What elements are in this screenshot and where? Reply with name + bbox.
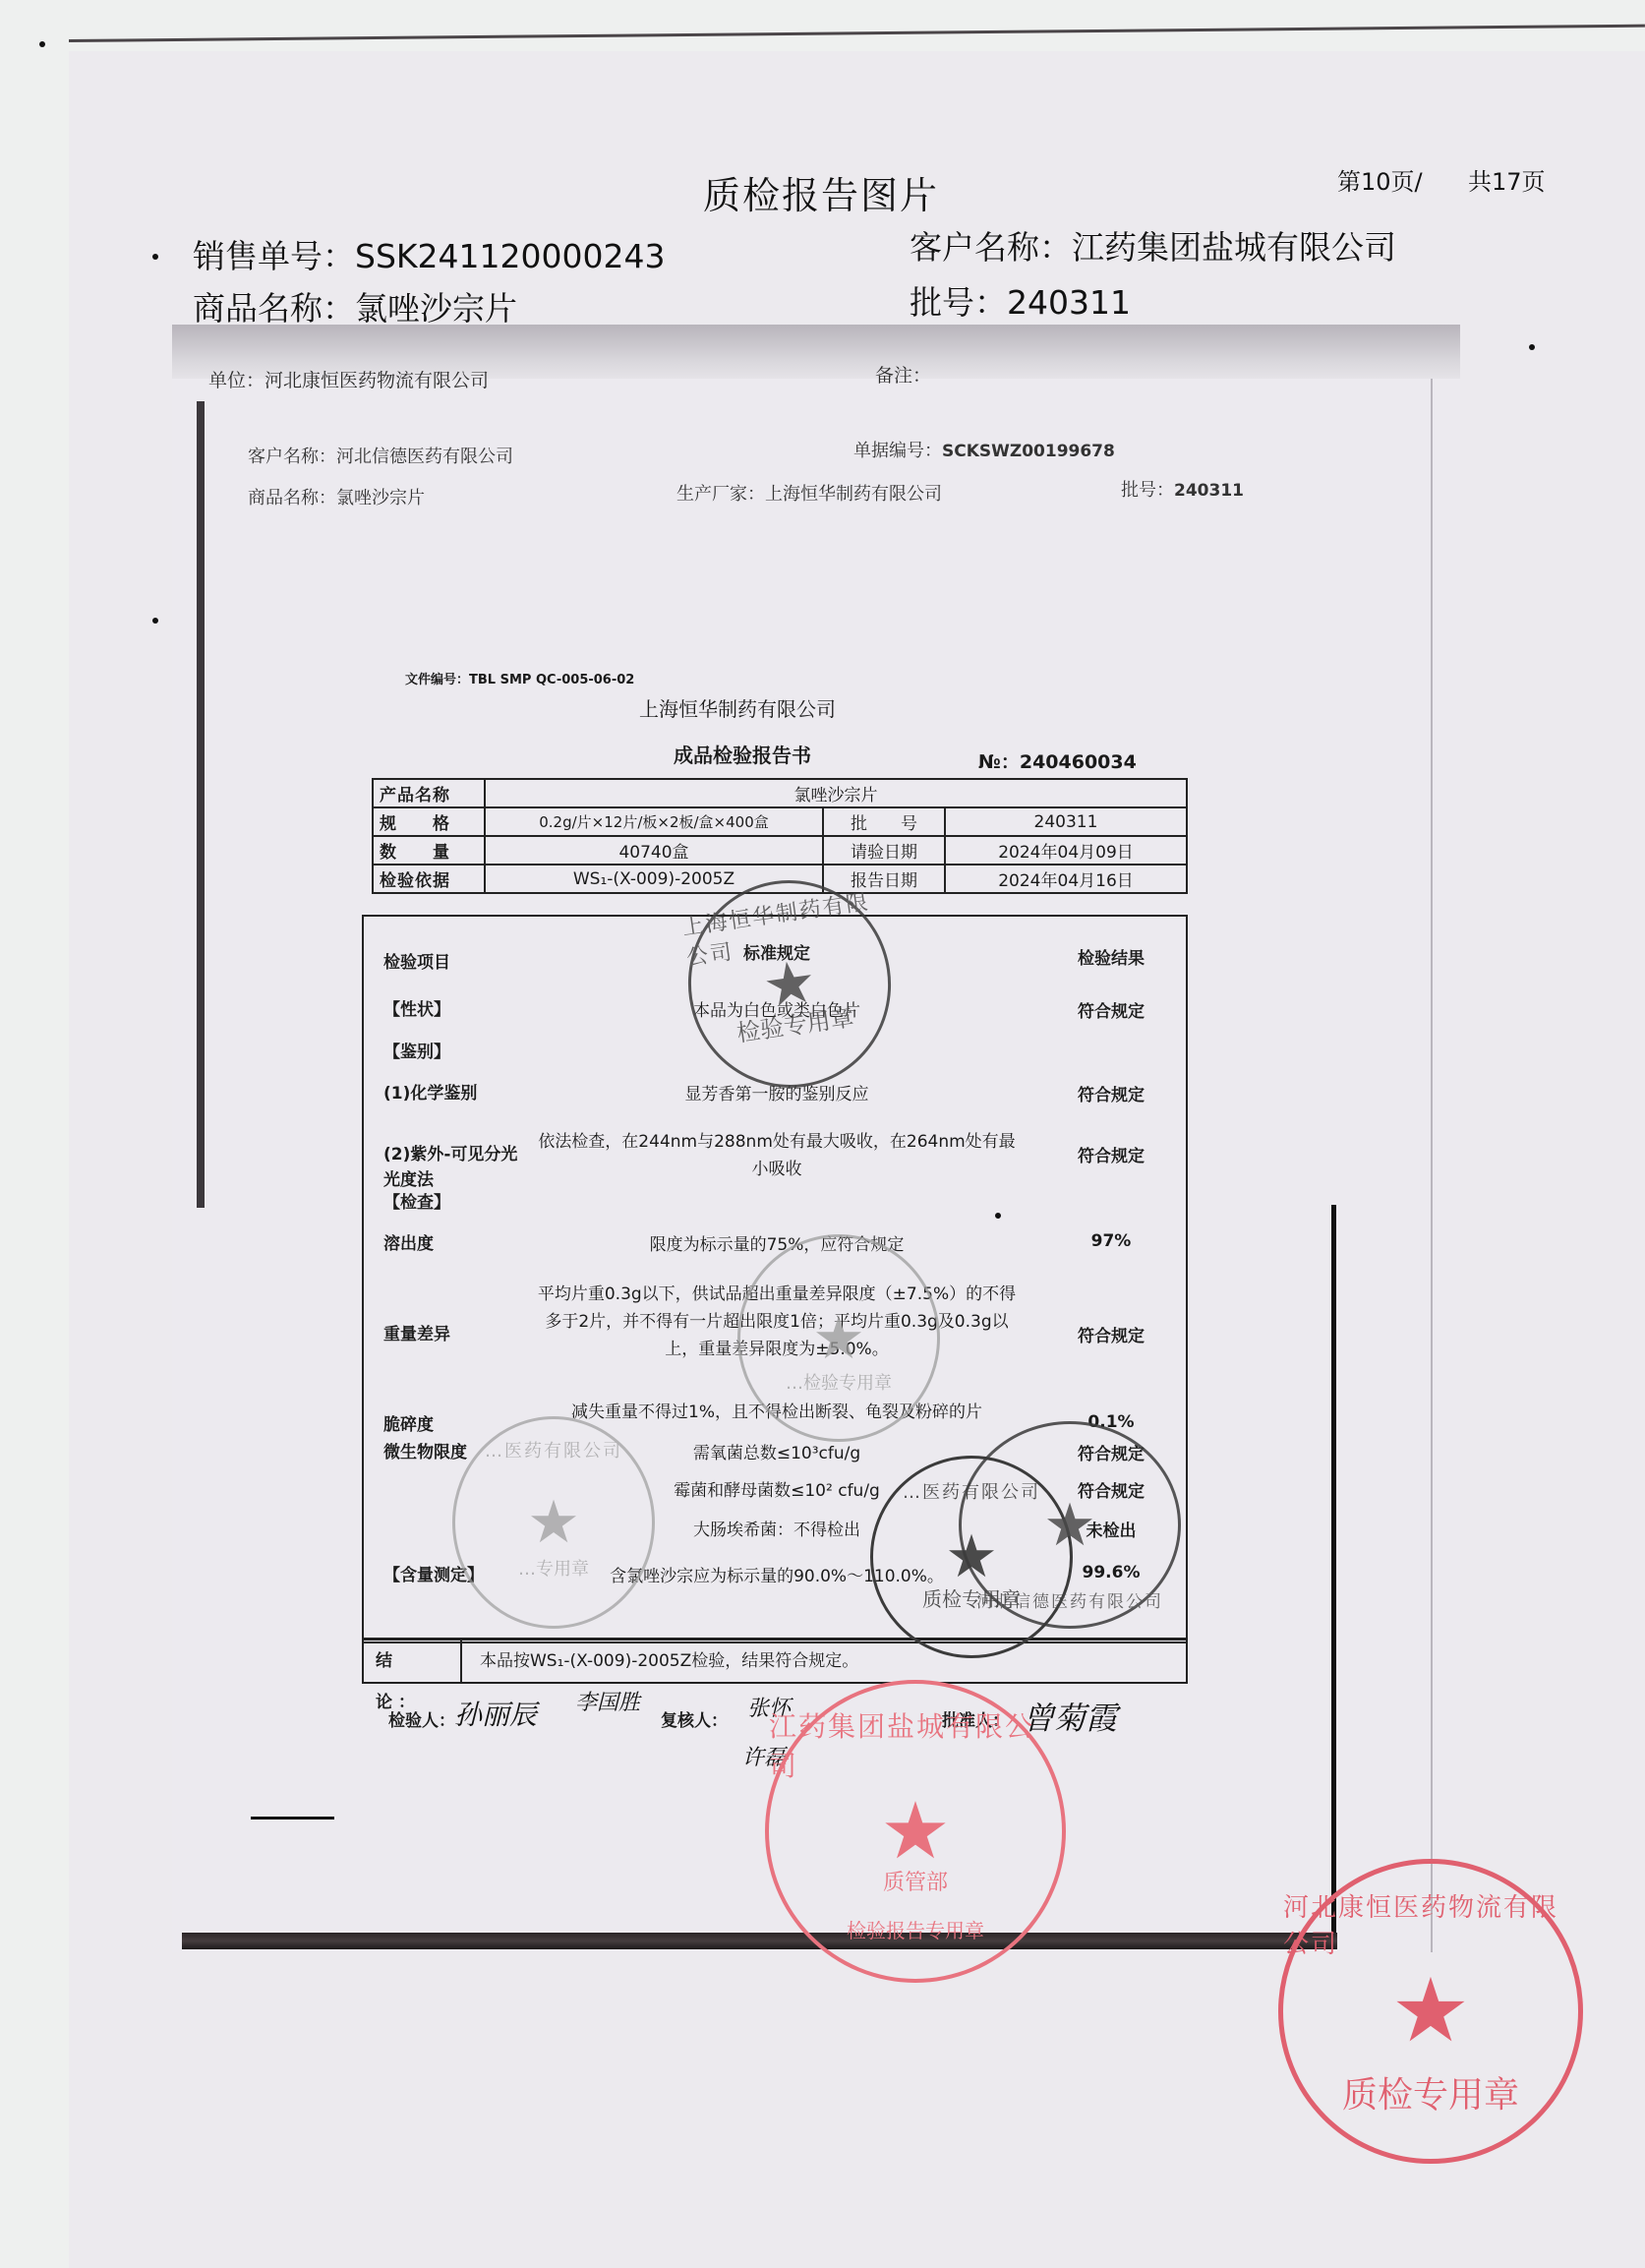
result-value: 符合规定 (1057, 1142, 1165, 1166)
xinde-stamp: ★ 河北信德医药有限公司 (959, 1421, 1181, 1629)
result-item: 溶出度 (383, 1231, 521, 1257)
doc-product-value: 氯唑沙宗片 (336, 488, 425, 508)
sales-order-value: SSK241120000243 (355, 237, 665, 275)
meta-value: 0.2g/片×12片/板×2板/盒×400盒 (485, 807, 823, 836)
result-standard: 依法检查，在244nm与288nm处有最大吸收，在264nm处有最小吸收 (531, 1128, 1023, 1183)
doc-batch-label: 批号： (1121, 480, 1174, 501)
stamp-ring-text: 河北康恒医药物流有限公司 (1283, 1887, 1578, 1960)
meta-row: 规 格 0.2g/片×12片/板×2板/盒×400盒 批 号 240311 (373, 807, 1187, 836)
file-code: 文件编号：TBL SMP QC-005-06-02 (405, 669, 634, 687)
stamp-sub-text: 质管部 (883, 1866, 948, 1896)
result-item: (1)化学鉴别 (383, 1081, 521, 1106)
stamp-ring-text: 河北信德医药有限公司 (976, 1587, 1163, 1612)
fold-line (1431, 379, 1433, 1952)
scan-speck (152, 618, 158, 624)
sales-order-field: 销售单号：SSK241120000243 (193, 231, 665, 277)
star-icon: ★ (812, 1309, 865, 1368)
faint-dealer-stamp: ★ …医药有限公司 …专用章 (452, 1416, 655, 1629)
doc-customer-label: 客户名称： (248, 447, 336, 467)
unit-field: 单位：河北康恒医药物流有限公司 (208, 366, 489, 392)
meta-label: 批 号 (823, 807, 945, 836)
report-title: 成品检验报告书 (674, 740, 811, 768)
star-icon: ★ (1043, 1496, 1096, 1555)
meta-label: 规 格 (373, 807, 485, 836)
result-item: 【性状】 (383, 997, 521, 1023)
underline-mark (251, 1817, 334, 1820)
result-value: 符合规定 (1057, 997, 1165, 1022)
meta-value: 2024年04月16日 (945, 865, 1187, 893)
stamp-ring-text: …医药有限公司 (485, 1437, 622, 1462)
product-field: 商品名称：氯唑沙宗片 (193, 283, 517, 329)
page-current: 第10页/ (1337, 162, 1423, 197)
page-title: 质检报告图片 (703, 165, 939, 219)
batch-label: 批号： (910, 283, 1007, 322)
meta-label: 检验依据 (373, 865, 485, 893)
sales-order-label: 销售单号： (193, 237, 355, 275)
doc-no-value: SCKSWZ00199678 (942, 442, 1115, 461)
unit-label: 单位： (208, 370, 264, 391)
doc-batch-field: 批号：240311 (1121, 476, 1244, 502)
result-value: 符合规定 (1057, 1322, 1165, 1346)
reviewer-label: 复核人： (661, 1706, 728, 1731)
stamp-bottom-text: 检验专用章 (734, 997, 856, 1047)
result-item: 重量差异 (383, 1322, 521, 1347)
customer-field: 客户名称：江药集团盐城有限公司 (910, 222, 1396, 269)
column-header-item: 检验项目 (383, 948, 450, 973)
inspector-signature-1: 孙丽辰 (454, 1694, 537, 1733)
scan-speck (152, 254, 158, 260)
stamp-ring-text: 江药集团盐城有限公司 (769, 1705, 1062, 1784)
scan-speck (995, 1213, 1001, 1219)
conclusion-value: 本品按WS₁-(X-009)-2005Z检验，结果符合规定。 (480, 1641, 858, 1682)
stamp-ring-text: …检验专用章 (786, 1369, 892, 1395)
meta-value: 2024年04月09日 (945, 836, 1187, 865)
doc-batch-value: 240311 (1174, 481, 1244, 501)
manufacturer-label: 生产厂家： (676, 484, 765, 505)
inspector-signature-2: 李国胜 (575, 1686, 640, 1716)
star-icon: ★ (880, 1792, 951, 1871)
customer-value: 江药集团盐城有限公司 (1072, 228, 1396, 267)
doc-product-field: 商品名称：氯唑沙宗片 (248, 484, 425, 509)
stamp-bottom-text: …专用章 (518, 1555, 589, 1581)
result-value: 符合规定 (1057, 1081, 1165, 1105)
meta-value: 240311 (945, 807, 1187, 836)
middle-grey-stamp: ★ …检验专用章 (737, 1234, 940, 1442)
doc-customer-value: 河北信德医药有限公司 (336, 447, 513, 467)
stamp-bottom-text: 检验报告专用章 (847, 1915, 984, 1943)
scan-edge-line (69, 25, 1645, 42)
manufacturer-value: 上海恒华制药有限公司 (765, 484, 942, 505)
frame-left-border (197, 401, 205, 1208)
scan-speck (1529, 344, 1535, 350)
conclusion-row: 结 论： 本品按WS₁-(X-009)-2005Z检验，结果符合规定。 (362, 1638, 1188, 1684)
batch-field: 批号：240311 (910, 277, 1131, 324)
inspector-label: 检验人： (388, 1706, 455, 1731)
star-icon: ★ (1391, 1967, 1471, 2056)
kangheng-qc-stamp: ★ 河北康恒医药物流有限公司 质检专用章 (1278, 1859, 1583, 2164)
frame-bottom-border (182, 1933, 1337, 1949)
doc-no-field: 单据编号：SCKSWZ00199678 (853, 437, 1115, 462)
batch-value: 240311 (1007, 283, 1131, 322)
column-header-result: 检验结果 (1057, 944, 1165, 969)
jiangyao-qa-stamp: ★ 江药集团盐城有限公司 质管部 检验报告专用章 (765, 1680, 1066, 1983)
product-label: 商品名称： (193, 289, 355, 328)
result-item: 【鉴别】 (383, 1040, 521, 1065)
meta-value: 氯唑沙宗片 (485, 779, 1187, 807)
customer-label: 客户名称： (910, 228, 1072, 267)
page-total: 共17页 (1468, 162, 1546, 197)
unit-value: 河北康恒医药物流有限公司 (264, 370, 489, 391)
result-value: 97% (1057, 1231, 1165, 1251)
remark-field: 备注： (875, 361, 931, 388)
result-item: (2)紫外-可见分光光度法 (383, 1142, 521, 1193)
report-number: №：240460034 (978, 747, 1137, 774)
stamp-bottom-text: 质检专用章 (1342, 2067, 1519, 2118)
report-company: 上海恒华制药有限公司 (639, 693, 836, 722)
product-value: 氯唑沙宗片 (355, 289, 517, 328)
doc-no-label: 单据编号： (853, 441, 942, 461)
meta-row: 数 量 40740盒 请验日期 2024年04月09日 (373, 836, 1187, 865)
scan-speck (39, 41, 45, 47)
meta-label: 请验日期 (823, 836, 945, 865)
meta-value: 40740盒 (485, 836, 823, 865)
meta-row: 产品名称 氯唑沙宗片 (373, 779, 1187, 807)
frame-right-border (1331, 1205, 1336, 1933)
star-icon: ★ (527, 1493, 580, 1552)
doc-customer-field: 客户名称：河北信德医药有限公司 (248, 443, 513, 468)
manufacturer-field: 生产厂家：上海恒华制药有限公司 (676, 480, 942, 506)
doc-product-label: 商品名称： (248, 488, 336, 508)
meta-label: 数 量 (373, 836, 485, 865)
meta-label: 产品名称 (373, 779, 485, 807)
remark-label: 备注： (875, 365, 931, 387)
report-meta-table: 产品名称 氯唑沙宗片 规 格 0.2g/片×12片/板×2板/盒×400盒 批 … (372, 778, 1188, 894)
conclusion-label: 结 论： (364, 1641, 462, 1682)
result-item: 【检查】 (383, 1190, 521, 1216)
